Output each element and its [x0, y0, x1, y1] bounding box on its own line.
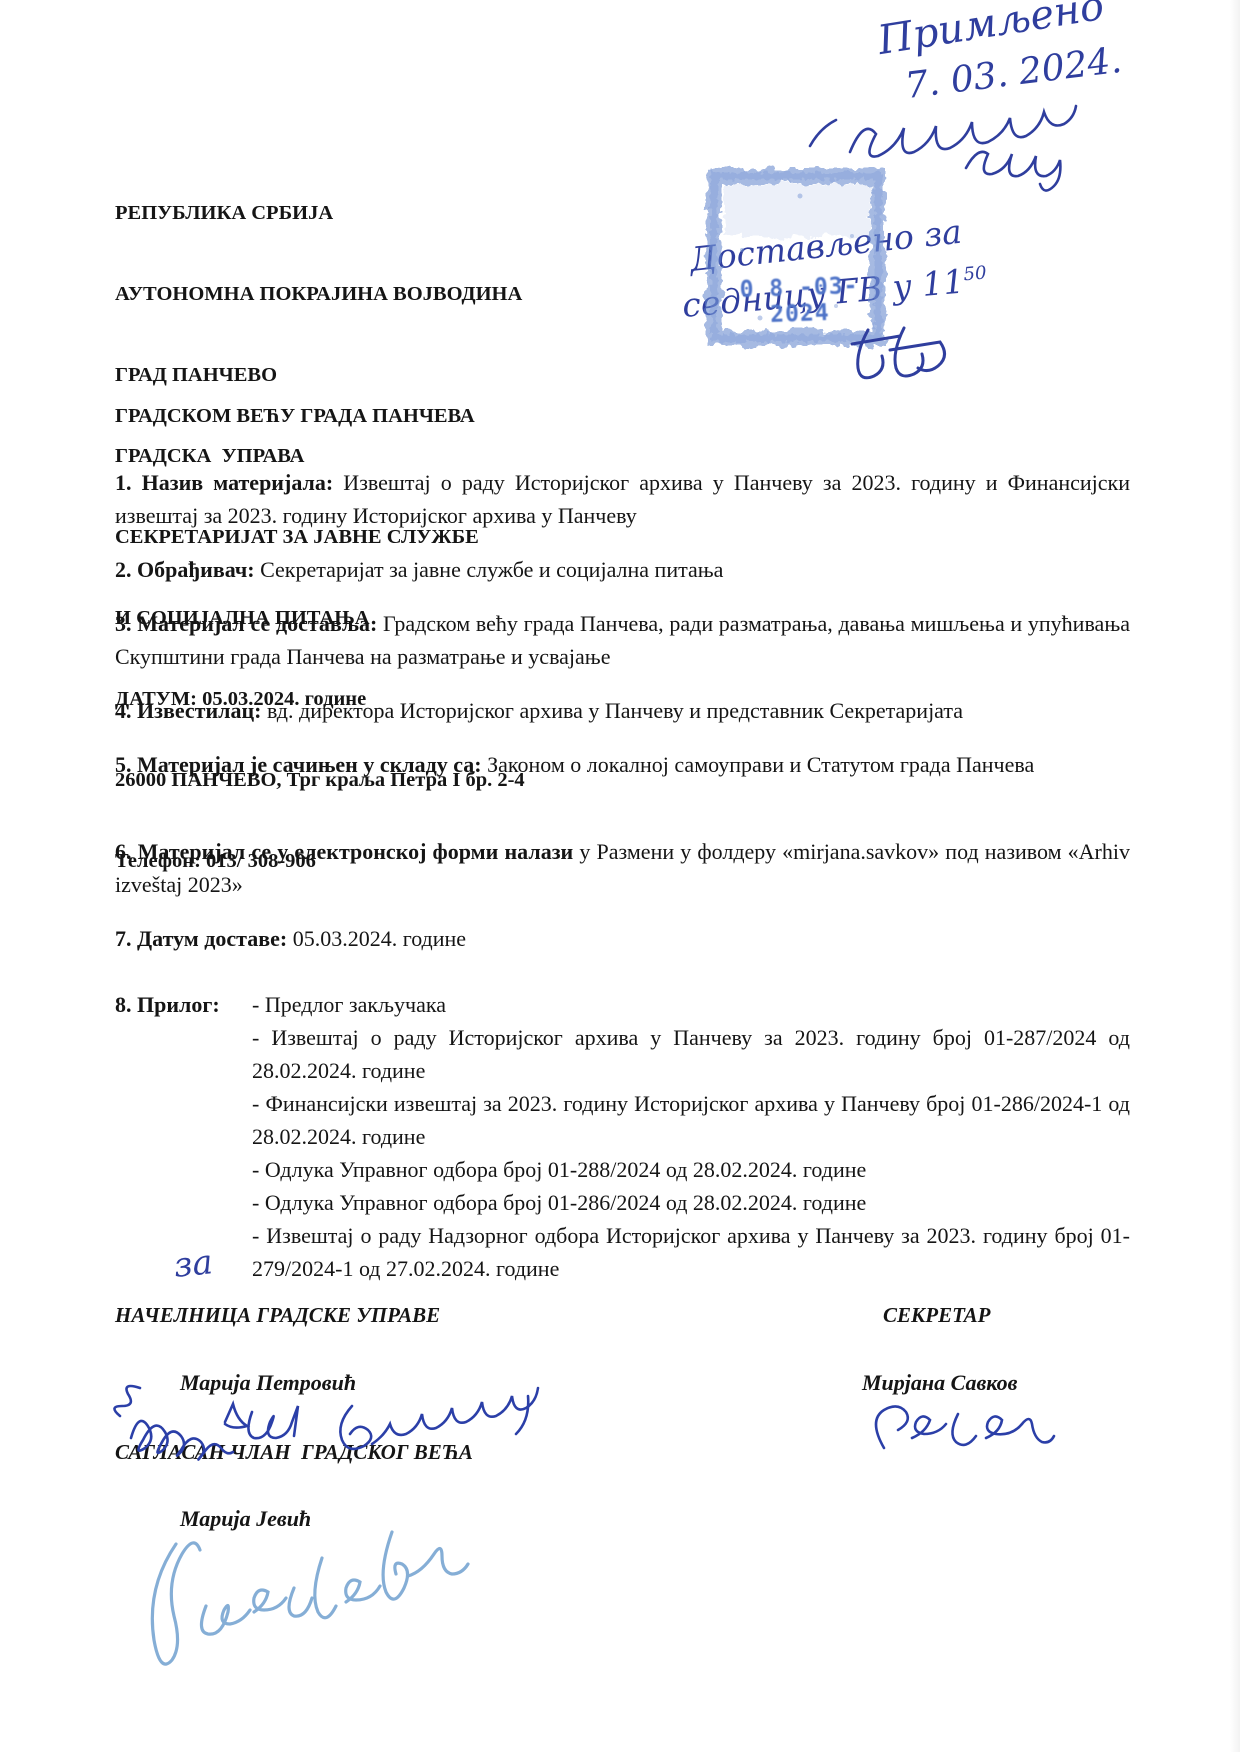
section-2: 2. Обрађивач: Секретаријат за јавне служ…	[115, 553, 1130, 586]
section-7-label: 7. Датум доставе:	[115, 926, 287, 951]
section-7: 7. Датум доставе: 05.03.2024. године	[115, 922, 1130, 955]
signature-jevic	[152, 1532, 468, 1664]
section-4-text: вд. директора Историјског архива у Панче…	[261, 698, 963, 723]
attachment-list: - Предлог закључака - Извештај о раду Ис…	[252, 988, 1130, 1285]
section-3: 3. Материјал се доставља: Градском већу …	[115, 607, 1130, 673]
section-8-attachments: 8. Прилог: - Предлог закључака - Извешта…	[115, 988, 1130, 1285]
section-8-label: 8. Прилог:	[115, 988, 220, 1021]
section-1-label: 1. Назив материјала:	[115, 470, 333, 495]
section-3-label: 3. Материјал се доставља:	[115, 611, 377, 636]
consent-signatory-name: Марија Јевић	[180, 1506, 311, 1532]
scan-shadow-edge	[1230, 0, 1240, 1752]
section-7-text: 05.03.2024. године	[287, 926, 466, 951]
delivered-note-initials-scribble	[852, 328, 945, 378]
delivered-note-time-sup: 50	[963, 262, 988, 285]
section-1: 1. Назив материјала: Извештај о раду Ист…	[115, 466, 1130, 532]
letterhead: РЕПУБЛИКА СРБИЈА АУТОНОМНА ПОКРАЈИНА ВОЈ…	[115, 146, 525, 929]
section-6: 6. Материјал се у електронској форми нал…	[115, 835, 1130, 901]
received-note-signature-scribble	[810, 106, 1076, 191]
letterhead-line: РЕПУБЛИКА СРБИЈА	[115, 200, 525, 227]
section-2-label: 2. Обрађивач:	[115, 557, 255, 582]
attachment-item: - Извештај о раду Надзорног одбора Истор…	[252, 1219, 1130, 1285]
section-4: 4. Известилац: вд. директора Историјског…	[115, 694, 1130, 727]
consent-signatory-title: САГЛАСАН ЧЛАН ГРАДСКОГ ВЕЋА	[115, 1440, 473, 1465]
section-6-label: 6. Материјал се у електронској форми нал…	[115, 839, 573, 864]
left-signatory-title: НАЧЕЛНИЦА ГРАДСКЕ УПРАВЕ	[115, 1303, 440, 1328]
section-4-label: 4. Известилац:	[115, 698, 261, 723]
recipient-title: ГРАДСКОМ ВЕЋУ ГРАДА ПАНЧЕВА	[115, 405, 475, 428]
letterhead-line: ГРАД ПАНЧЕВО	[115, 362, 525, 389]
attachment-item: - Одлука Управног одбора број 01-286/202…	[252, 1186, 1130, 1219]
date-stamp-text: 0 8 -03- 2024	[721, 272, 878, 329]
signature-savkov	[876, 1406, 1054, 1448]
attachment-item: - Одлука Управног одбора број 01-288/202…	[252, 1153, 1130, 1186]
scanned-document-page: РЕПУБЛИКА СРБИЈА АУТОНОМНА ПОКРАЈИНА ВОЈ…	[0, 0, 1240, 1752]
right-signatory-title: СЕКРЕТАР	[883, 1303, 990, 1328]
section-5-label: 5. Материјал је сачињен у складу са:	[115, 752, 482, 777]
left-signatory-name: Марија Петровић	[180, 1370, 356, 1396]
section-5: 5. Материјал је сачињен у складу са: Зак…	[115, 748, 1130, 781]
section-5-text: Законом о локалној самоуправи и Статутом…	[482, 752, 1035, 777]
attachment-item: - Извештај о раду Историјског архива у П…	[252, 1021, 1130, 1087]
right-signatory-name: Мирјана Савков	[862, 1370, 1017, 1396]
attachment-item: - Финансијски извештај за 2023. годину И…	[252, 1087, 1130, 1153]
letterhead-line: АУТОНОМНА ПОКРАЈИНА ВОЈВОДИНА	[115, 281, 525, 308]
attachment-item: - Предлог закључака	[252, 988, 1130, 1021]
section-2-text: Секретаријат за јавне службе и социјална…	[255, 557, 724, 582]
handwritten-za-note: за	[172, 1242, 215, 1286]
